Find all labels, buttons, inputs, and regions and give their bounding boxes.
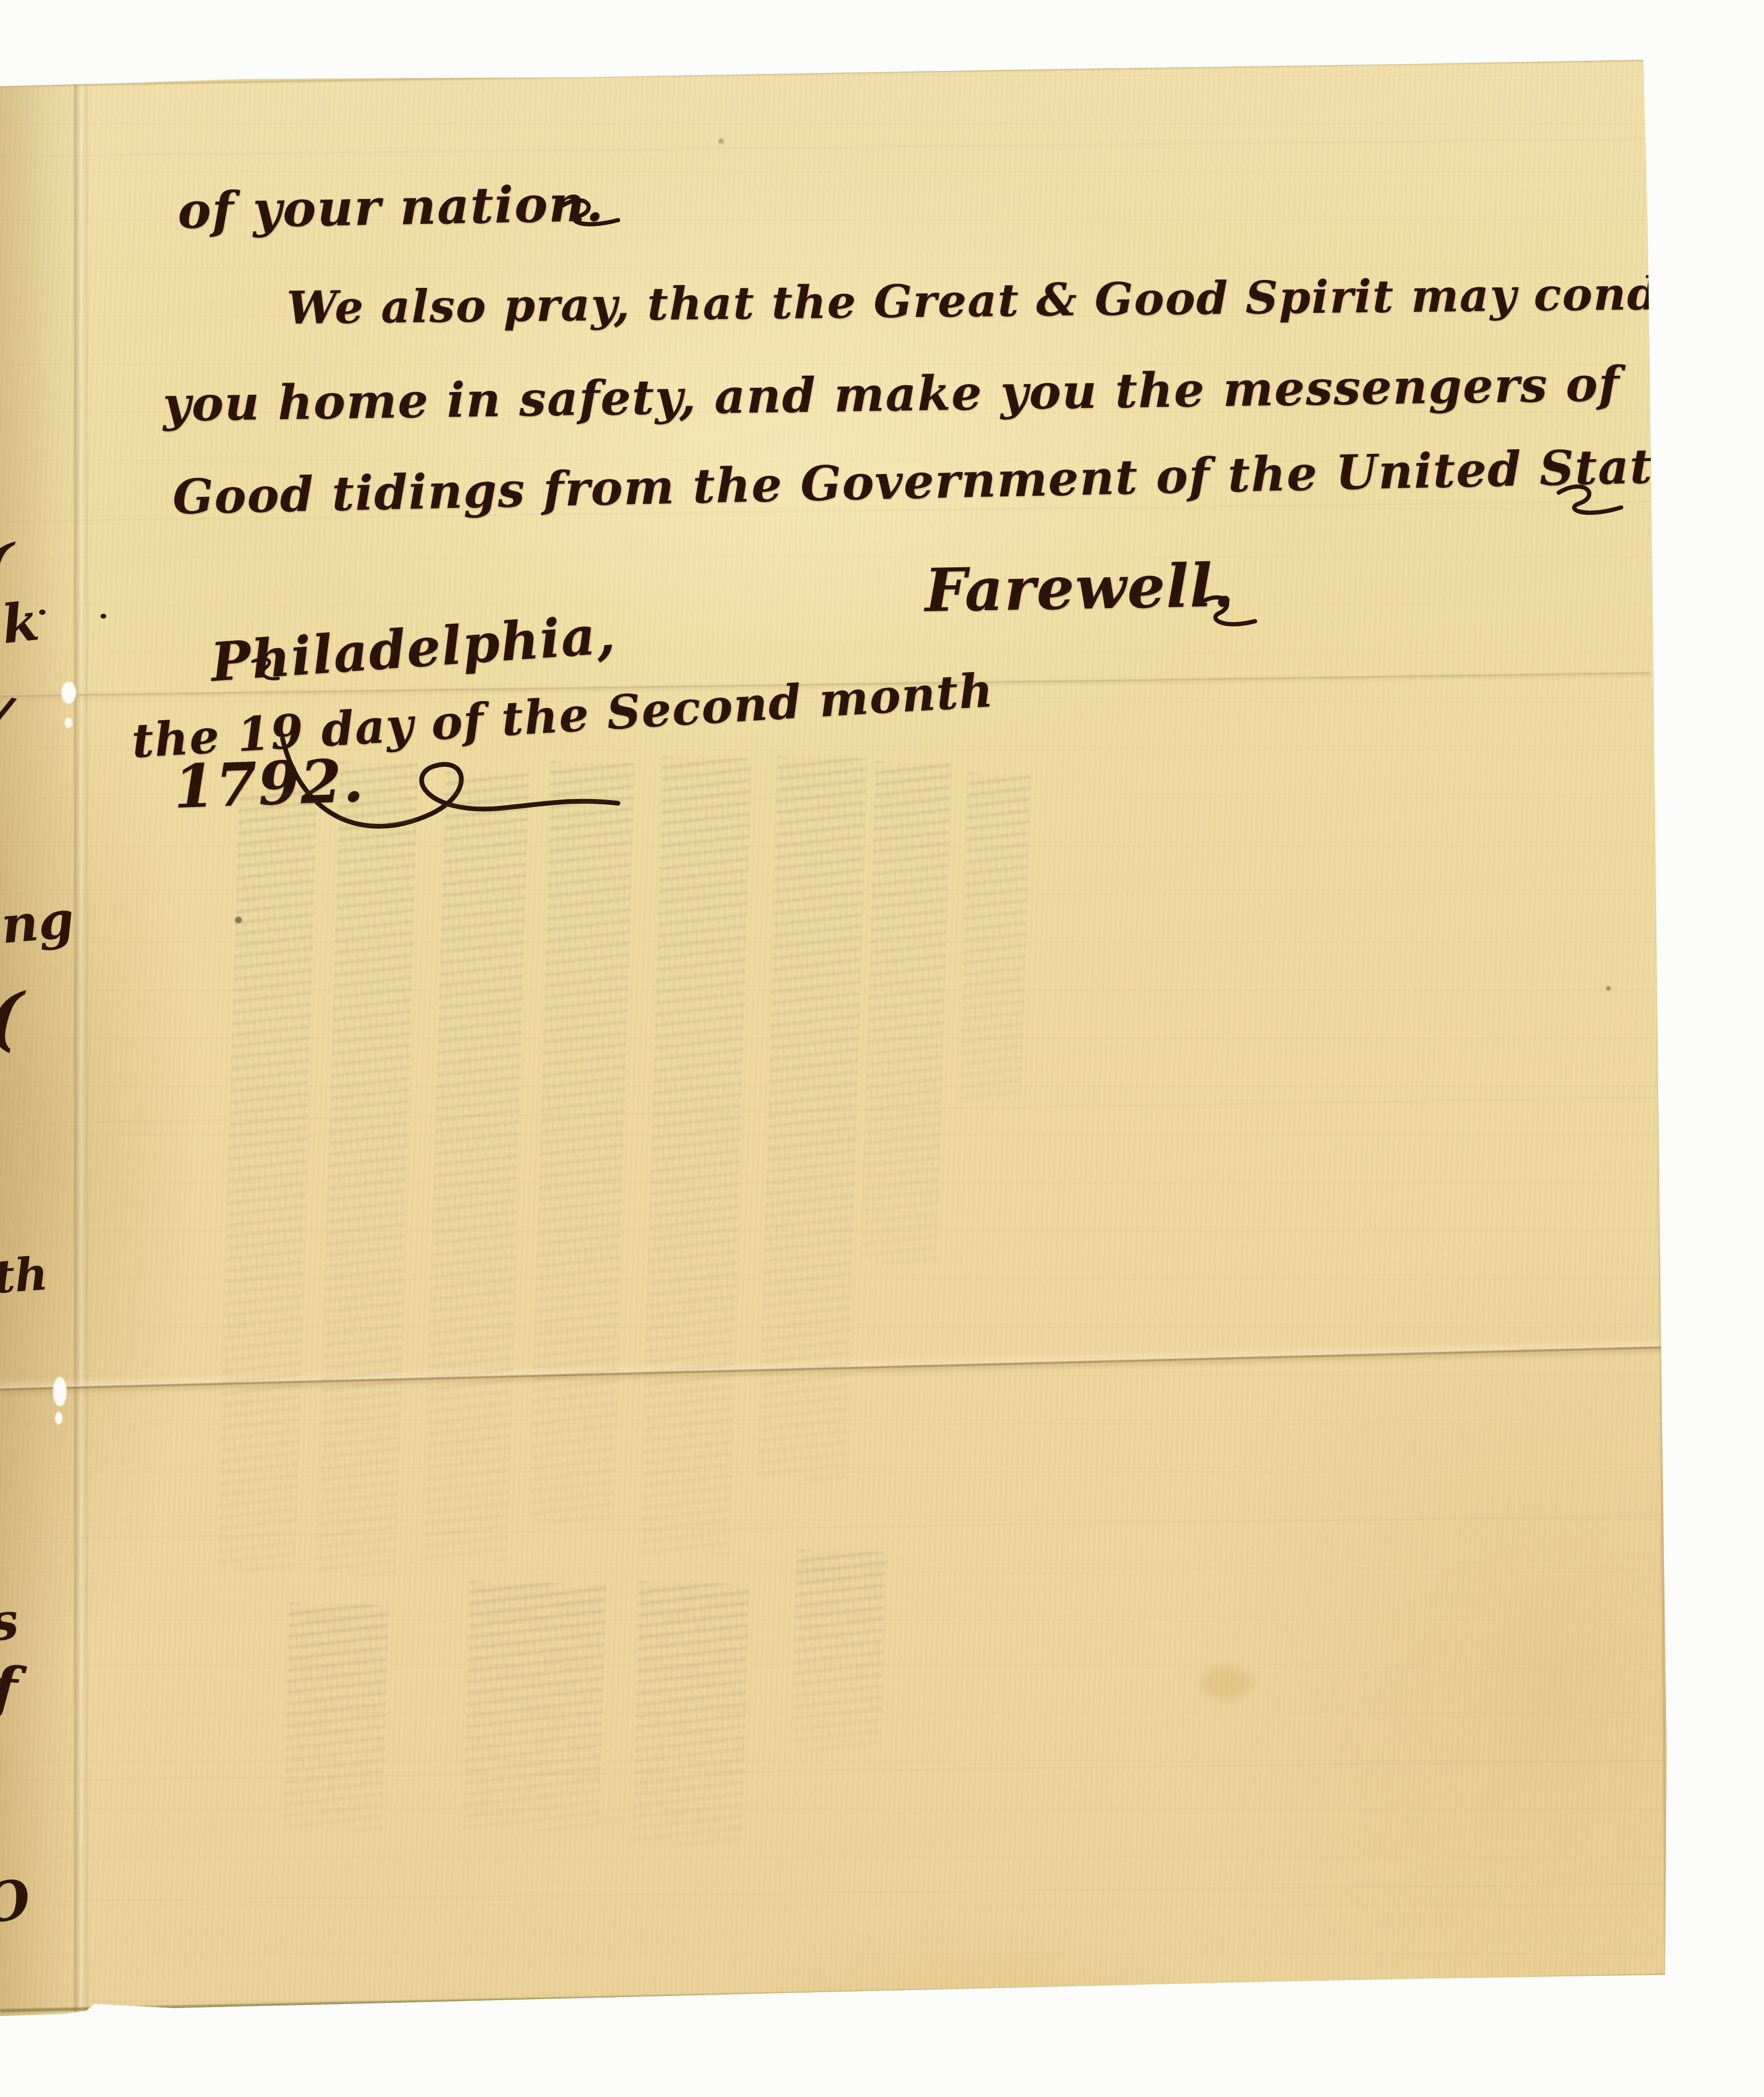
vertical-fold-crease (74, 0, 88, 2097)
ghost-writing-column (529, 761, 635, 1525)
paper-crease (0, 1882, 1666, 1902)
letter-line-2: We also pray, that the Great & Good Spir… (287, 268, 1744, 335)
letter-line-3: you home in safety, and make you the mes… (162, 357, 1620, 432)
paper-damage-spot (65, 718, 72, 728)
ink-dot (39, 610, 46, 615)
paper-damage-spot (53, 1377, 67, 1406)
ghost-writing-column (791, 1549, 887, 1753)
paper-damage-spot (61, 682, 76, 704)
margin-ink-fragment: ing (0, 889, 76, 957)
paper-bottom-edge (0, 1974, 1667, 2012)
ghost-writing-bleedthrough (190, 757, 1169, 1635)
ghost-writing-column (423, 771, 530, 1562)
ghost-writing-column (462, 1580, 606, 1832)
ghost-writing-column (958, 771, 1031, 1101)
letter-farewell: Farewell. (924, 552, 1235, 625)
ghost-writing-column (757, 756, 867, 1483)
margin-ink-fragment: th (0, 1247, 50, 1304)
ghost-writing-column (861, 761, 951, 1266)
scan-background: of your nation. We also pray, that the G… (0, 0, 1764, 2097)
ink-dot (101, 614, 106, 619)
letter-page: of your nation. We also pray, that the G… (0, 0, 1764, 2097)
ghost-writing-column (317, 761, 419, 1578)
ghost-writing-column (640, 756, 752, 1557)
stain (719, 139, 724, 144)
flourish-stroke (1200, 592, 1263, 636)
ghost-writing-column (283, 1602, 389, 1832)
stain (1201, 1667, 1252, 1700)
flourish-stroke (1556, 479, 1630, 523)
margin-ink-fragment: k (0, 590, 42, 656)
ghost-writing-column (631, 1581, 750, 1848)
paper-right-edge (1650, 60, 1668, 1981)
ghost-writing-column (216, 787, 317, 1573)
paper-top-edge (0, 59, 1645, 87)
flourish-stroke (559, 194, 628, 233)
paper-crease (0, 137, 1645, 157)
stain (1606, 986, 1611, 991)
stain (235, 916, 242, 923)
letter-line-4: Good tidings from the Government of the … (172, 438, 1730, 525)
paper-damage-spot (55, 1412, 62, 1424)
paper-crease (0, 1759, 1664, 1781)
superscript-mark (248, 655, 285, 687)
letter-line-1: of your nation. (177, 175, 605, 240)
